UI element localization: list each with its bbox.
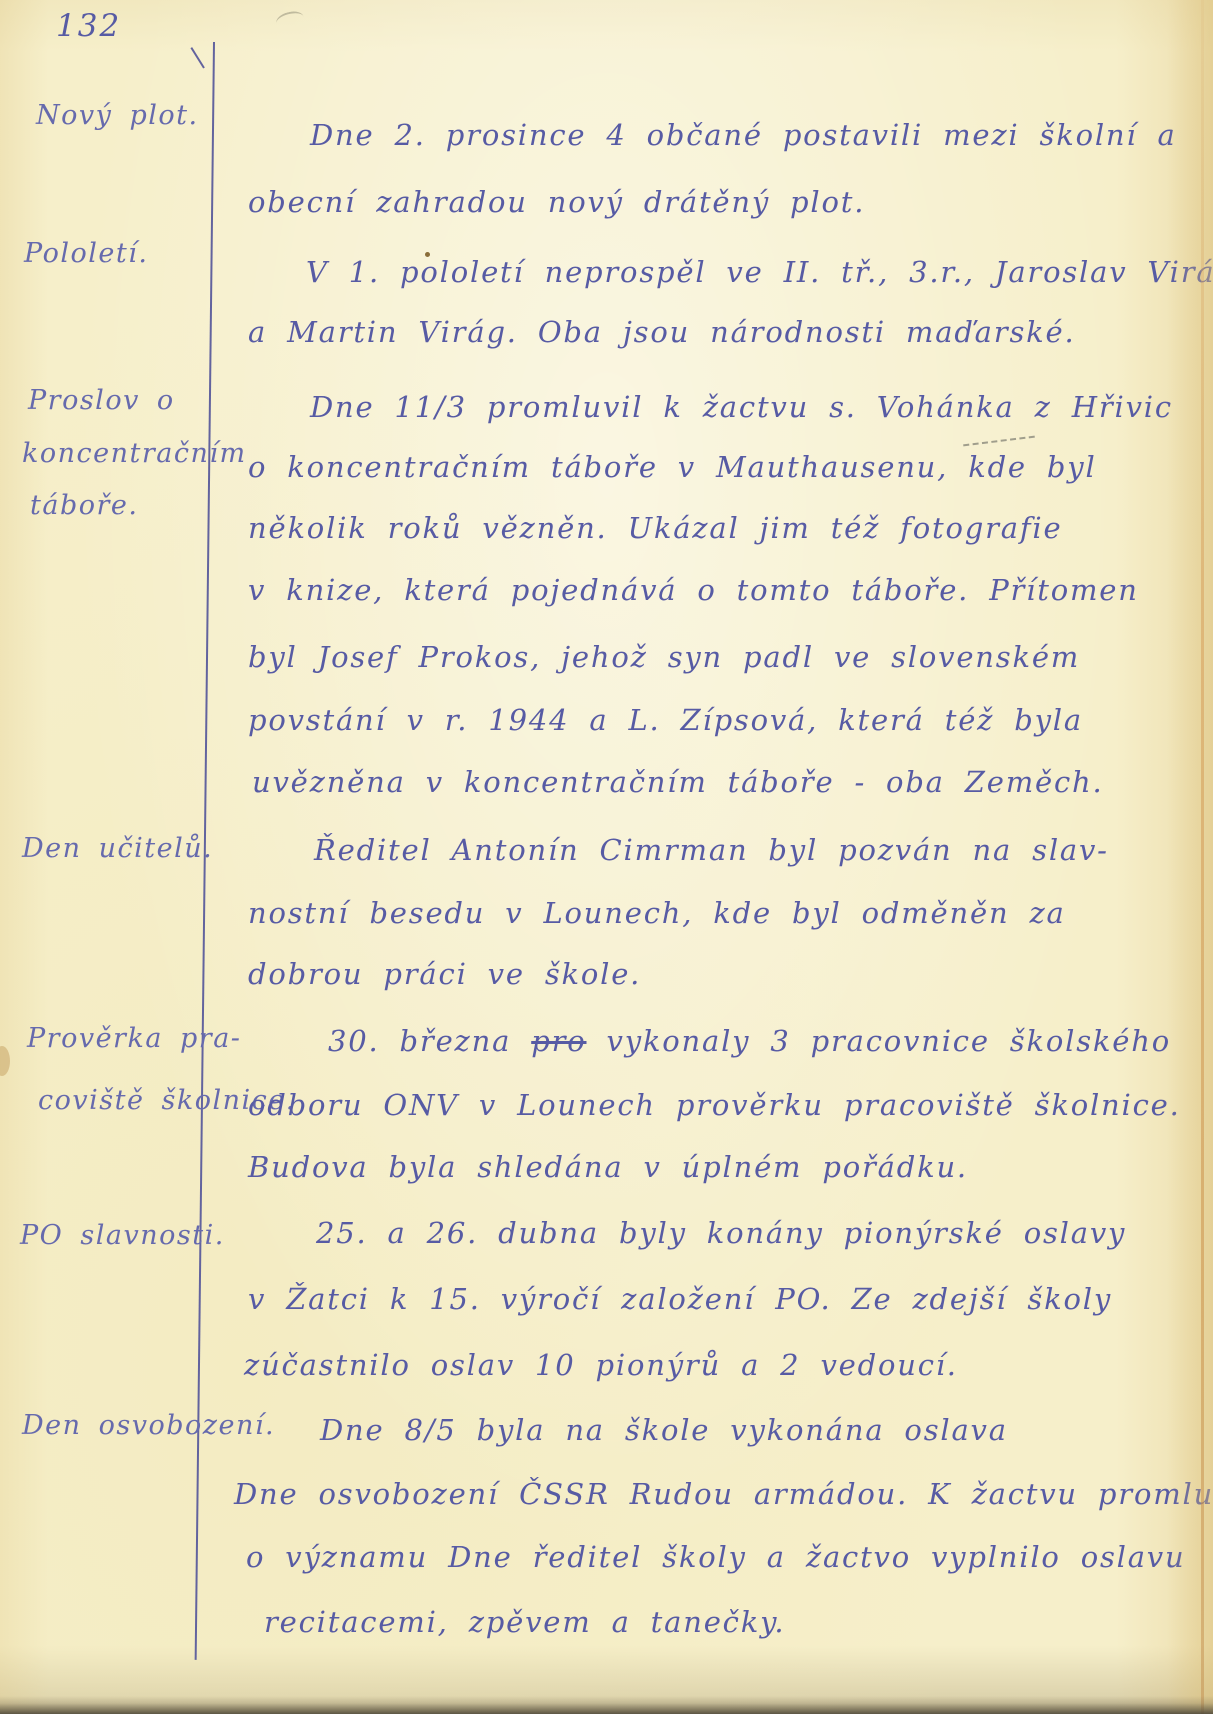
- handwritten-line: Dne 11/3 promluvil k žactvu s. Vohánka z…: [310, 390, 1173, 424]
- handwritten-line: V 1. pololetí neprospěl ve II. tř., 3.r.…: [306, 255, 1213, 289]
- handwritten-line: 25. a 26. dubna byly konány pionýrské os…: [316, 1216, 1126, 1250]
- handwritten-line: Budova byla shledána v úplném pořádku.: [248, 1150, 968, 1184]
- handwritten-line: několik roků vězněn. Ukázal jim též foto…: [248, 511, 1062, 545]
- margin-rule-hook: [190, 47, 204, 68]
- underlined-name: Vohánka: [877, 390, 1015, 424]
- handwritten-line: v knize, která pojednává o tomto táboře.…: [248, 573, 1139, 607]
- margin-note: Den osvobození.: [22, 1410, 275, 1441]
- handwritten-line: Dne osvobození ČSSR Rudou armádou. K žac…: [234, 1477, 1213, 1511]
- margin-note: Pololetí.: [24, 238, 148, 269]
- handwritten-line: povstání v r. 1944 a L. Zípsová, která t…: [248, 703, 1083, 737]
- page-edge-right: [1167, 0, 1213, 1714]
- paper-stain: [0, 1046, 10, 1076]
- handwritten-line: zúčastnilo oslav 10 pionýrů a 2 vedoucí.: [244, 1348, 958, 1382]
- handwritten-line: 30. března pro vykonaly 3 pracovnice ško…: [328, 1024, 1171, 1058]
- margin-note: PO slavnosti.: [20, 1220, 225, 1251]
- chronicle-page: 132 Nový plot. Pololetí. Proslov o konce…: [0, 0, 1213, 1714]
- handwritten-line: o významu Dne ředitel školy a žactvo vyp…: [246, 1540, 1185, 1574]
- handwritten-line: byl Josef Prokos, jehož syn padl ve slov…: [248, 640, 1080, 674]
- page-edge-bottom: [0, 1696, 1213, 1714]
- handwritten-line: recitacemi, zpěvem a tanečky.: [264, 1605, 785, 1639]
- handwritten-line: Ředitel Antonín Cimrman byl pozván na sl…: [314, 833, 1109, 867]
- handwritten-line: nostní besedu v Lounech, kde byl odměněn…: [248, 896, 1066, 930]
- margin-note: Prověrka pra-: [27, 1023, 241, 1054]
- margin-note: Proslov o: [28, 385, 175, 416]
- handwritten-line: a Martin Virág. Oba jsou národnosti maďa…: [248, 315, 1075, 349]
- pencil-smudge: [274, 9, 305, 31]
- margin-note: Nový plot.: [36, 100, 199, 131]
- handwritten-line: dobrou práci ve škole.: [248, 957, 641, 991]
- pencil-underline: [963, 436, 1035, 447]
- page-crease: [1201, 0, 1204, 1714]
- handwritten-line: v Žatci k 15. výročí založení PO. Ze zde…: [248, 1282, 1112, 1316]
- margin-note: Den učitelů.: [22, 833, 213, 864]
- handwritten-line: Dne 8/5 byla na škole vykonána oslava: [320, 1413, 1008, 1447]
- handwritten-line: Dne 2. prosince 4 občané postavili mezi …: [310, 118, 1177, 152]
- handwritten-line: odboru ONV v Lounech prověrku pracoviště…: [248, 1088, 1181, 1122]
- margin-note: koncentračním: [22, 438, 247, 469]
- handwritten-line: o koncentračním táboře v Mauthausenu, kd…: [248, 450, 1097, 484]
- handwritten-line: uvězněna v koncentračním táboře - oba Ze…: [252, 765, 1104, 799]
- handwritten-line: obecní zahradou nový drátěný plot.: [248, 185, 865, 219]
- page-number: 132: [56, 8, 121, 44]
- struck-word: pro: [531, 1024, 586, 1058]
- margin-note: táboře.: [30, 490, 138, 521]
